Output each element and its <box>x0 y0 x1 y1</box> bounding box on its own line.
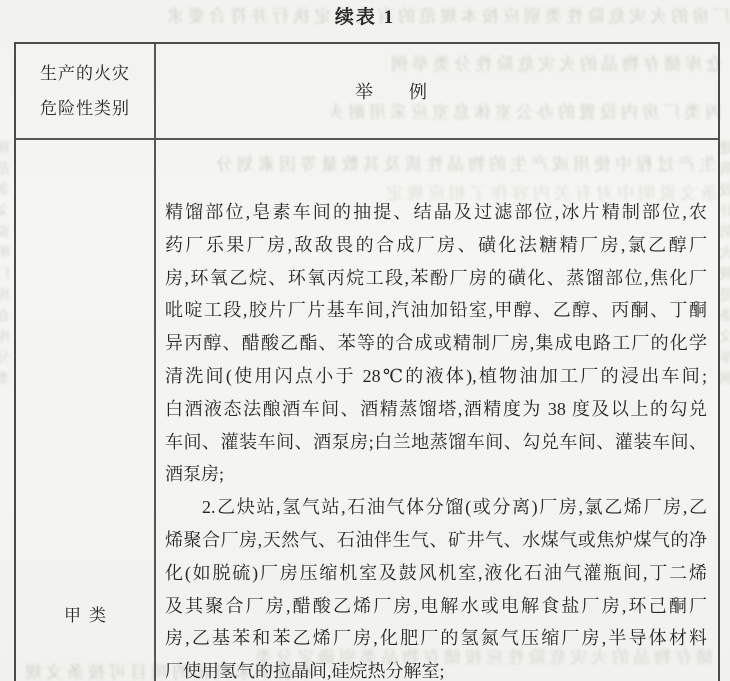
example-text-line: 异丙醇、醋酸乙酯、苯等的合成或精制厂房,集成电路工厂的化学 <box>165 327 707 360</box>
example-text-line: 2.乙炔站,氢气站,石油气体分馏(或分离)厂房,氯乙烯厂房,乙 <box>165 491 707 524</box>
example-text-line: 厂使用氢气的拉晶间,硅烷热分解室; <box>165 655 707 681</box>
example-text-line: 吡啶工段,胶片厂片基车间,汽油加铅室,甲醇、乙醇、丙酮、丁酮 <box>165 294 707 327</box>
example-text-line: 化(如脱硫)厂房压缩机室及鼓风机室,液化石油气灌瓶间,丁二烯 <box>165 557 707 590</box>
example-text-line: 房,环氧乙烷、环氧丙烷工段,苯酚厂房的磺化、蒸馏部位,焦化厂 <box>165 262 707 295</box>
examples-cell: 精馏部位,皂素车间的抽提、结晶及过滤部位,冰片精制部位,农 药厂乐果厂房,敌敌畏… <box>165 196 707 681</box>
example-text-line: 白酒液态法酿酒车间、酒精蒸馏塔,酒精度为 38 度及以上的勾兑 <box>165 393 707 426</box>
category-cell-jia: 甲类 <box>16 606 154 626</box>
header-bottom-rule <box>16 138 718 140</box>
bleedthrough-text: 规范条文说明厂房仓库分类 <box>0 140 12 680</box>
example-text-line: 房,乙基苯和苯乙烯厂房,化肥厂的氢氮气压缩厂房,半导体材料 <box>165 622 707 655</box>
table-continuation-title: 续表 1 <box>0 2 730 29</box>
header-category-line2: 危险性类别 <box>40 91 130 126</box>
header-cell-examples: 举 例 <box>156 44 718 138</box>
example-text-line: 清洗间(使用闪点小于 28℃的液体),植物油加工厂的浸出车间; <box>165 360 707 393</box>
example-text-line: 药厂乐果厂房,敌敌畏的合成厂房、磺化法糖精厂房,氯乙醇厂 <box>165 229 707 262</box>
example-text-line: 精馏部位,皂素车间的抽提、结晶及过滤部位,冰片精制部位,农 <box>165 196 707 229</box>
header-category-line1: 生产的火灾 <box>40 56 130 91</box>
example-text-line: 烯聚合厂房,天然气、石油伴生气、矿井气、水煤气或焦炉煤气的净 <box>165 524 707 557</box>
example-text-line: 酒泵房; <box>165 458 707 491</box>
scanned-page: 厂房的火灾危险性类别应按本规范的有关规定执行并符合要求 仓库储存物品的火灾危险性… <box>0 0 730 681</box>
fire-hazard-classification-table: 生产的火灾 危险性类别 举 例 甲类 精馏部位,皂素车间的抽提、结晶及过滤部位,… <box>14 42 720 681</box>
header-cell-category: 生产的火灾 危险性类别 <box>16 44 154 138</box>
example-text-line: 及其聚合厂房,醋酸乙烯厂房,电解水或电解食盐厂房,环己酮厂 <box>165 590 707 623</box>
example-text-line: 车间、灌装车间、酒泵房;白兰地蒸馏车间、勾兑车间、灌装车间、 <box>165 426 707 459</box>
